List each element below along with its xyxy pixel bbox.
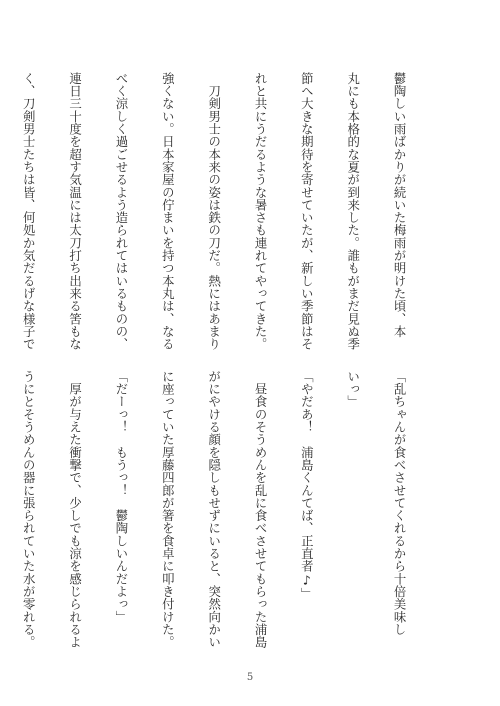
text-block-top: 鬱陶しい雨ばかりが続いた梅雨が明けた頃、本 丸にも本格的な夏が到来した。誰もがま… bbox=[0, 72, 438, 354]
document-page: 鬱陶しい雨ばかりが続いた梅雨が明けた頃、本 丸にも本格的な夏が到来した。誰もがま… bbox=[0, 0, 500, 706]
text-line: 連日三十度を超す気温には太刀打ち出来る筈もな bbox=[67, 72, 82, 354]
text-line: 丸にも本格的な夏が到来した。誰もがまだ見ぬ季 bbox=[345, 72, 360, 354]
text-line: 昼食のそうめんを乱に食べさせてもらった浦島 bbox=[253, 370, 268, 652]
text-line: 節へ大きな期待を寄せていたが、新しい季節はそ bbox=[299, 72, 314, 354]
text-line: がにやける顔を隠しもせずにいると、突然向かい bbox=[206, 370, 221, 652]
dialogue-line: いっ」 bbox=[345, 370, 360, 652]
dialogue-line: 「乱ちゃんが食べさせてくれるから十倍美味し bbox=[392, 370, 407, 652]
text-line: べく涼しく過ごせるよう造られてはいるものの、 bbox=[113, 72, 128, 354]
text-line: 強くない。日本家屋の佇まいを持つ本丸は、なる bbox=[160, 72, 175, 354]
page-number: 5 bbox=[0, 672, 500, 683]
dialogue-line: 「やだあ！ 浦島くんてば、正直者♪」 bbox=[299, 370, 314, 652]
text-line: に座っていた厚藤四郎が箸を食卓に叩き付けた。 bbox=[160, 370, 175, 652]
text-line: 刀剣男士の本来の姿は鉄の刀だ。熱にはあまり bbox=[206, 72, 221, 354]
text-line: く、刀剣男士たちは皆、何処か気だるげな様子で bbox=[21, 72, 36, 354]
text-line: うにとそうめんの器に張られていた水が零れる。 bbox=[21, 370, 36, 652]
dialogue-line: 「だーっ！ もうっ！ 鬱陶しいんだよっ」 bbox=[113, 370, 128, 652]
text-line: 厚が与えた衝撃で、少しでも涼を感じられるよ bbox=[67, 370, 82, 652]
text-line: れと共にうだるような暑さも連れてやってきた。 bbox=[253, 72, 268, 354]
text-block-bottom: 「乱ちゃんが食べさせてくれるから十倍美味し いっ」 「やだあ！ 浦島くんてば、正… bbox=[0, 370, 438, 652]
text-line: 鬱陶しい雨ばかりが続いた梅雨が明けた頃、本 bbox=[392, 72, 407, 354]
